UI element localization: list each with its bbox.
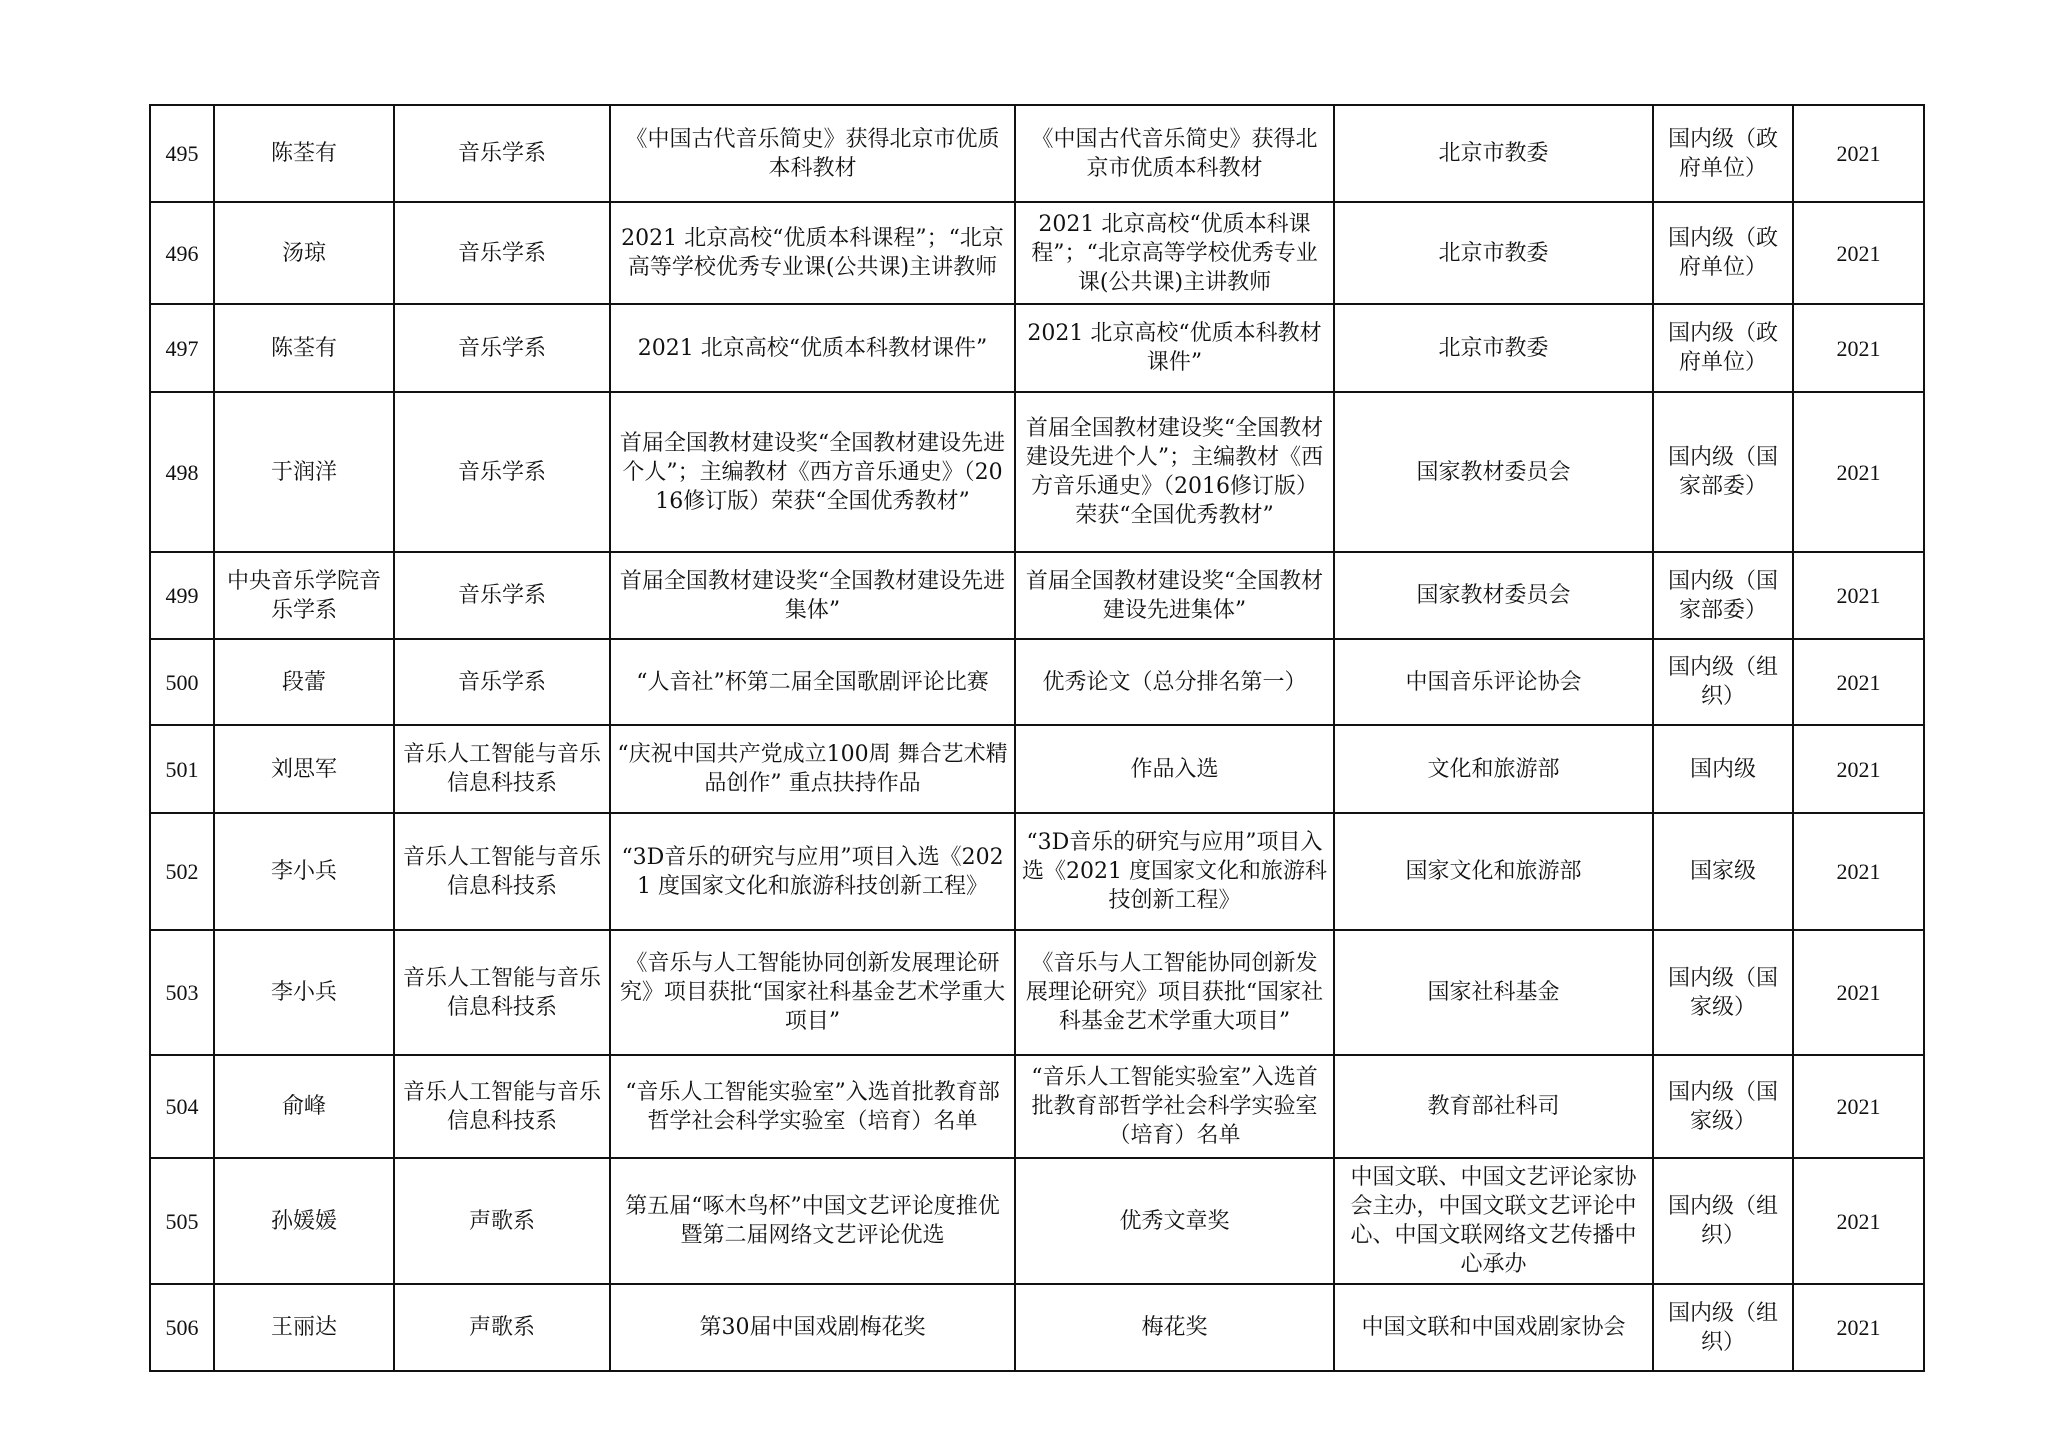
department: 音乐人工智能与音乐信息科技系 (394, 725, 610, 813)
project: “音乐人工智能实验室”入选首批教育部哲学社会科学实验室（培育）名单 (610, 1055, 1015, 1158)
department: 音乐人工智能与音乐信息科技系 (394, 930, 610, 1055)
department: 音乐学系 (394, 392, 610, 552)
department: 音乐学系 (394, 552, 610, 639)
table-row: 505 孙媛媛 声歌系 第五届“啄木鸟杯”中国文艺评论度推优暨第二届网络文艺评论… (150, 1158, 1924, 1284)
row-number: 500 (150, 639, 214, 725)
row-number: 503 (150, 930, 214, 1055)
level: 国内级（国家级） (1653, 930, 1793, 1055)
award: 2021 北京高校“优质本科教材课件” (1015, 304, 1334, 392)
award: 优秀文章奖 (1015, 1158, 1334, 1284)
award: 《中国古代音乐简史》获得北京市优质本科教材 (1015, 105, 1334, 202)
table-row: 498 于润洋 音乐学系 首届全国教材建设奖“全国教材建设先进个人”；主编教材《… (150, 392, 1924, 552)
department: 音乐学系 (394, 202, 610, 304)
department: 音乐人工智能与音乐信息科技系 (394, 813, 610, 930)
row-number: 495 (150, 105, 214, 202)
row-number: 498 (150, 392, 214, 552)
person-name: 段蕾 (214, 639, 394, 725)
department: 音乐学系 (394, 105, 610, 202)
issuer: 国家社科基金 (1334, 930, 1653, 1055)
award: 《音乐与人工智能协同创新发展理论研究》项目获批“国家社科基金艺术学重大项目” (1015, 930, 1334, 1055)
award: 作品入选 (1015, 725, 1334, 813)
level: 国内级（组织） (1653, 1158, 1793, 1284)
project: 2021 北京高校“优质本科课程”；“北京高等学校优秀专业课(公共课)主讲教师 (610, 202, 1015, 304)
year: 2021 (1793, 1284, 1924, 1371)
issuer: 北京市教委 (1334, 304, 1653, 392)
issuer: 国家教材委员会 (1334, 392, 1653, 552)
level: 国内级 (1653, 725, 1793, 813)
department: 音乐学系 (394, 639, 610, 725)
person-name: 李小兵 (214, 813, 394, 930)
year: 2021 (1793, 725, 1924, 813)
year: 2021 (1793, 552, 1924, 639)
table-row: 497 陈荃有 音乐学系 2021 北京高校“优质本科教材课件” 2021 北京… (150, 304, 1924, 392)
table-row: 504 俞峰 音乐人工智能与音乐信息科技系 “音乐人工智能实验室”入选首批教育部… (150, 1055, 1924, 1158)
person-name: 俞峰 (214, 1055, 394, 1158)
award: 优秀论文（总分排名第一） (1015, 639, 1334, 725)
year: 2021 (1793, 202, 1924, 304)
level: 国内级（政府单位） (1653, 304, 1793, 392)
level: 国内级（国家部委） (1653, 392, 1793, 552)
project: 2021 北京高校“优质本科教材课件” (610, 304, 1015, 392)
person-name: 于润洋 (214, 392, 394, 552)
year: 2021 (1793, 1158, 1924, 1284)
table-row: 501 刘思军 音乐人工智能与音乐信息科技系 “庆祝中国共产党成立100周 舞合… (150, 725, 1924, 813)
table-row: 502 李小兵 音乐人工智能与音乐信息科技系 “3D音乐的研究与应用”项目入选《… (150, 813, 1924, 930)
table-row: 503 李小兵 音乐人工智能与音乐信息科技系 《音乐与人工智能协同创新发展理论研… (150, 930, 1924, 1055)
awards-table: 495 陈荃有 音乐学系 《中国古代音乐简史》获得北京市优质本科教材 《中国古代… (149, 104, 1925, 1372)
project: 《音乐与人工智能协同创新发展理论研究》项目获批“国家社科基金艺术学重大项目” (610, 930, 1015, 1055)
level: 国内级（组织） (1653, 1284, 1793, 1371)
person-name: 中央音乐学院音乐学系 (214, 552, 394, 639)
level: 国内级（国家级） (1653, 1055, 1793, 1158)
person-name: 陈荃有 (214, 304, 394, 392)
row-number: 497 (150, 304, 214, 392)
table-row: 500 段蕾 音乐学系 “人音社”杯第二届全国歌剧评论比赛 优秀论文（总分排名第… (150, 639, 1924, 725)
issuer: 国家教材委员会 (1334, 552, 1653, 639)
table-row: 499 中央音乐学院音乐学系 音乐学系 首届全国教材建设奖“全国教材建设先进集体… (150, 552, 1924, 639)
table-row: 495 陈荃有 音乐学系 《中国古代音乐简史》获得北京市优质本科教材 《中国古代… (150, 105, 1924, 202)
row-number: 506 (150, 1284, 214, 1371)
document-page: 495 陈荃有 音乐学系 《中国古代音乐简史》获得北京市优质本科教材 《中国古代… (0, 0, 2048, 1449)
department: 音乐学系 (394, 304, 610, 392)
project: 第30届中国戏剧梅花奖 (610, 1284, 1015, 1371)
issuer: 北京市教委 (1334, 105, 1653, 202)
award: “音乐人工智能实验室”入选首批教育部哲学社会科学实验室（培育）名单 (1015, 1055, 1334, 1158)
person-name: 王丽达 (214, 1284, 394, 1371)
level: 国家级 (1653, 813, 1793, 930)
level: 国内级（政府单位） (1653, 202, 1793, 304)
year: 2021 (1793, 930, 1924, 1055)
project: “庆祝中国共产党成立100周 舞合艺术精品创作” 重点扶持作品 (610, 725, 1015, 813)
row-number: 504 (150, 1055, 214, 1158)
level: 国内级（组织） (1653, 639, 1793, 725)
year: 2021 (1793, 813, 1924, 930)
department: 音乐人工智能与音乐信息科技系 (394, 1055, 610, 1158)
person-name: 李小兵 (214, 930, 394, 1055)
person-name: 刘思军 (214, 725, 394, 813)
issuer: 中国音乐评论协会 (1334, 639, 1653, 725)
department: 声歌系 (394, 1158, 610, 1284)
issuer: 中国文联和中国戏剧家协会 (1334, 1284, 1653, 1371)
issuer: 中国文联、中国文艺评论家协会主办，中国文联文艺评论中心、中国文联网络文艺传播中心… (1334, 1158, 1653, 1284)
table-row: 506 王丽达 声歌系 第30届中国戏剧梅花奖 梅花奖 中国文联和中国戏剧家协会… (150, 1284, 1924, 1371)
project: 《中国古代音乐简史》获得北京市优质本科教材 (610, 105, 1015, 202)
row-number: 501 (150, 725, 214, 813)
department: 声歌系 (394, 1284, 610, 1371)
year: 2021 (1793, 639, 1924, 725)
award: 首届全国教材建设奖“全国教材建设先进集体” (1015, 552, 1334, 639)
issuer: 教育部社科司 (1334, 1055, 1653, 1158)
row-number: 499 (150, 552, 214, 639)
table-row: 496 汤琼 音乐学系 2021 北京高校“优质本科课程”；“北京高等学校优秀专… (150, 202, 1924, 304)
project: 首届全国教材建设奖“全国教材建设先进集体” (610, 552, 1015, 639)
person-name: 陈荃有 (214, 105, 394, 202)
level: 国内级（政府单位） (1653, 105, 1793, 202)
year: 2021 (1793, 304, 1924, 392)
project: 第五届“啄木鸟杯”中国文艺评论度推优暨第二届网络文艺评论优选 (610, 1158, 1015, 1284)
award: 2021 北京高校“优质本科课程”；“北京高等学校优秀专业课(公共课)主讲教师 (1015, 202, 1334, 304)
project: “人音社”杯第二届全国歌剧评论比赛 (610, 639, 1015, 725)
issuer: 北京市教委 (1334, 202, 1653, 304)
award: 梅花奖 (1015, 1284, 1334, 1371)
year: 2021 (1793, 105, 1924, 202)
issuer: 文化和旅游部 (1334, 725, 1653, 813)
row-number: 496 (150, 202, 214, 304)
year: 2021 (1793, 392, 1924, 552)
year: 2021 (1793, 1055, 1924, 1158)
award: “3D音乐的研究与应用”项目入选《2021 度国家文化和旅游科技创新工程》 (1015, 813, 1334, 930)
project: 首届全国教材建设奖“全国教材建设先进个人”；主编教材《西方音乐通史》（2016修… (610, 392, 1015, 552)
level: 国内级（国家部委） (1653, 552, 1793, 639)
award: 首届全国教材建设奖“全国教材建设先进个人”；主编教材《西方音乐通史》（2016修… (1015, 392, 1334, 552)
person-name: 汤琼 (214, 202, 394, 304)
row-number: 505 (150, 1158, 214, 1284)
issuer: 国家文化和旅游部 (1334, 813, 1653, 930)
row-number: 502 (150, 813, 214, 930)
person-name: 孙媛媛 (214, 1158, 394, 1284)
project: “3D音乐的研究与应用”项目入选《2021 度国家文化和旅游科技创新工程》 (610, 813, 1015, 930)
